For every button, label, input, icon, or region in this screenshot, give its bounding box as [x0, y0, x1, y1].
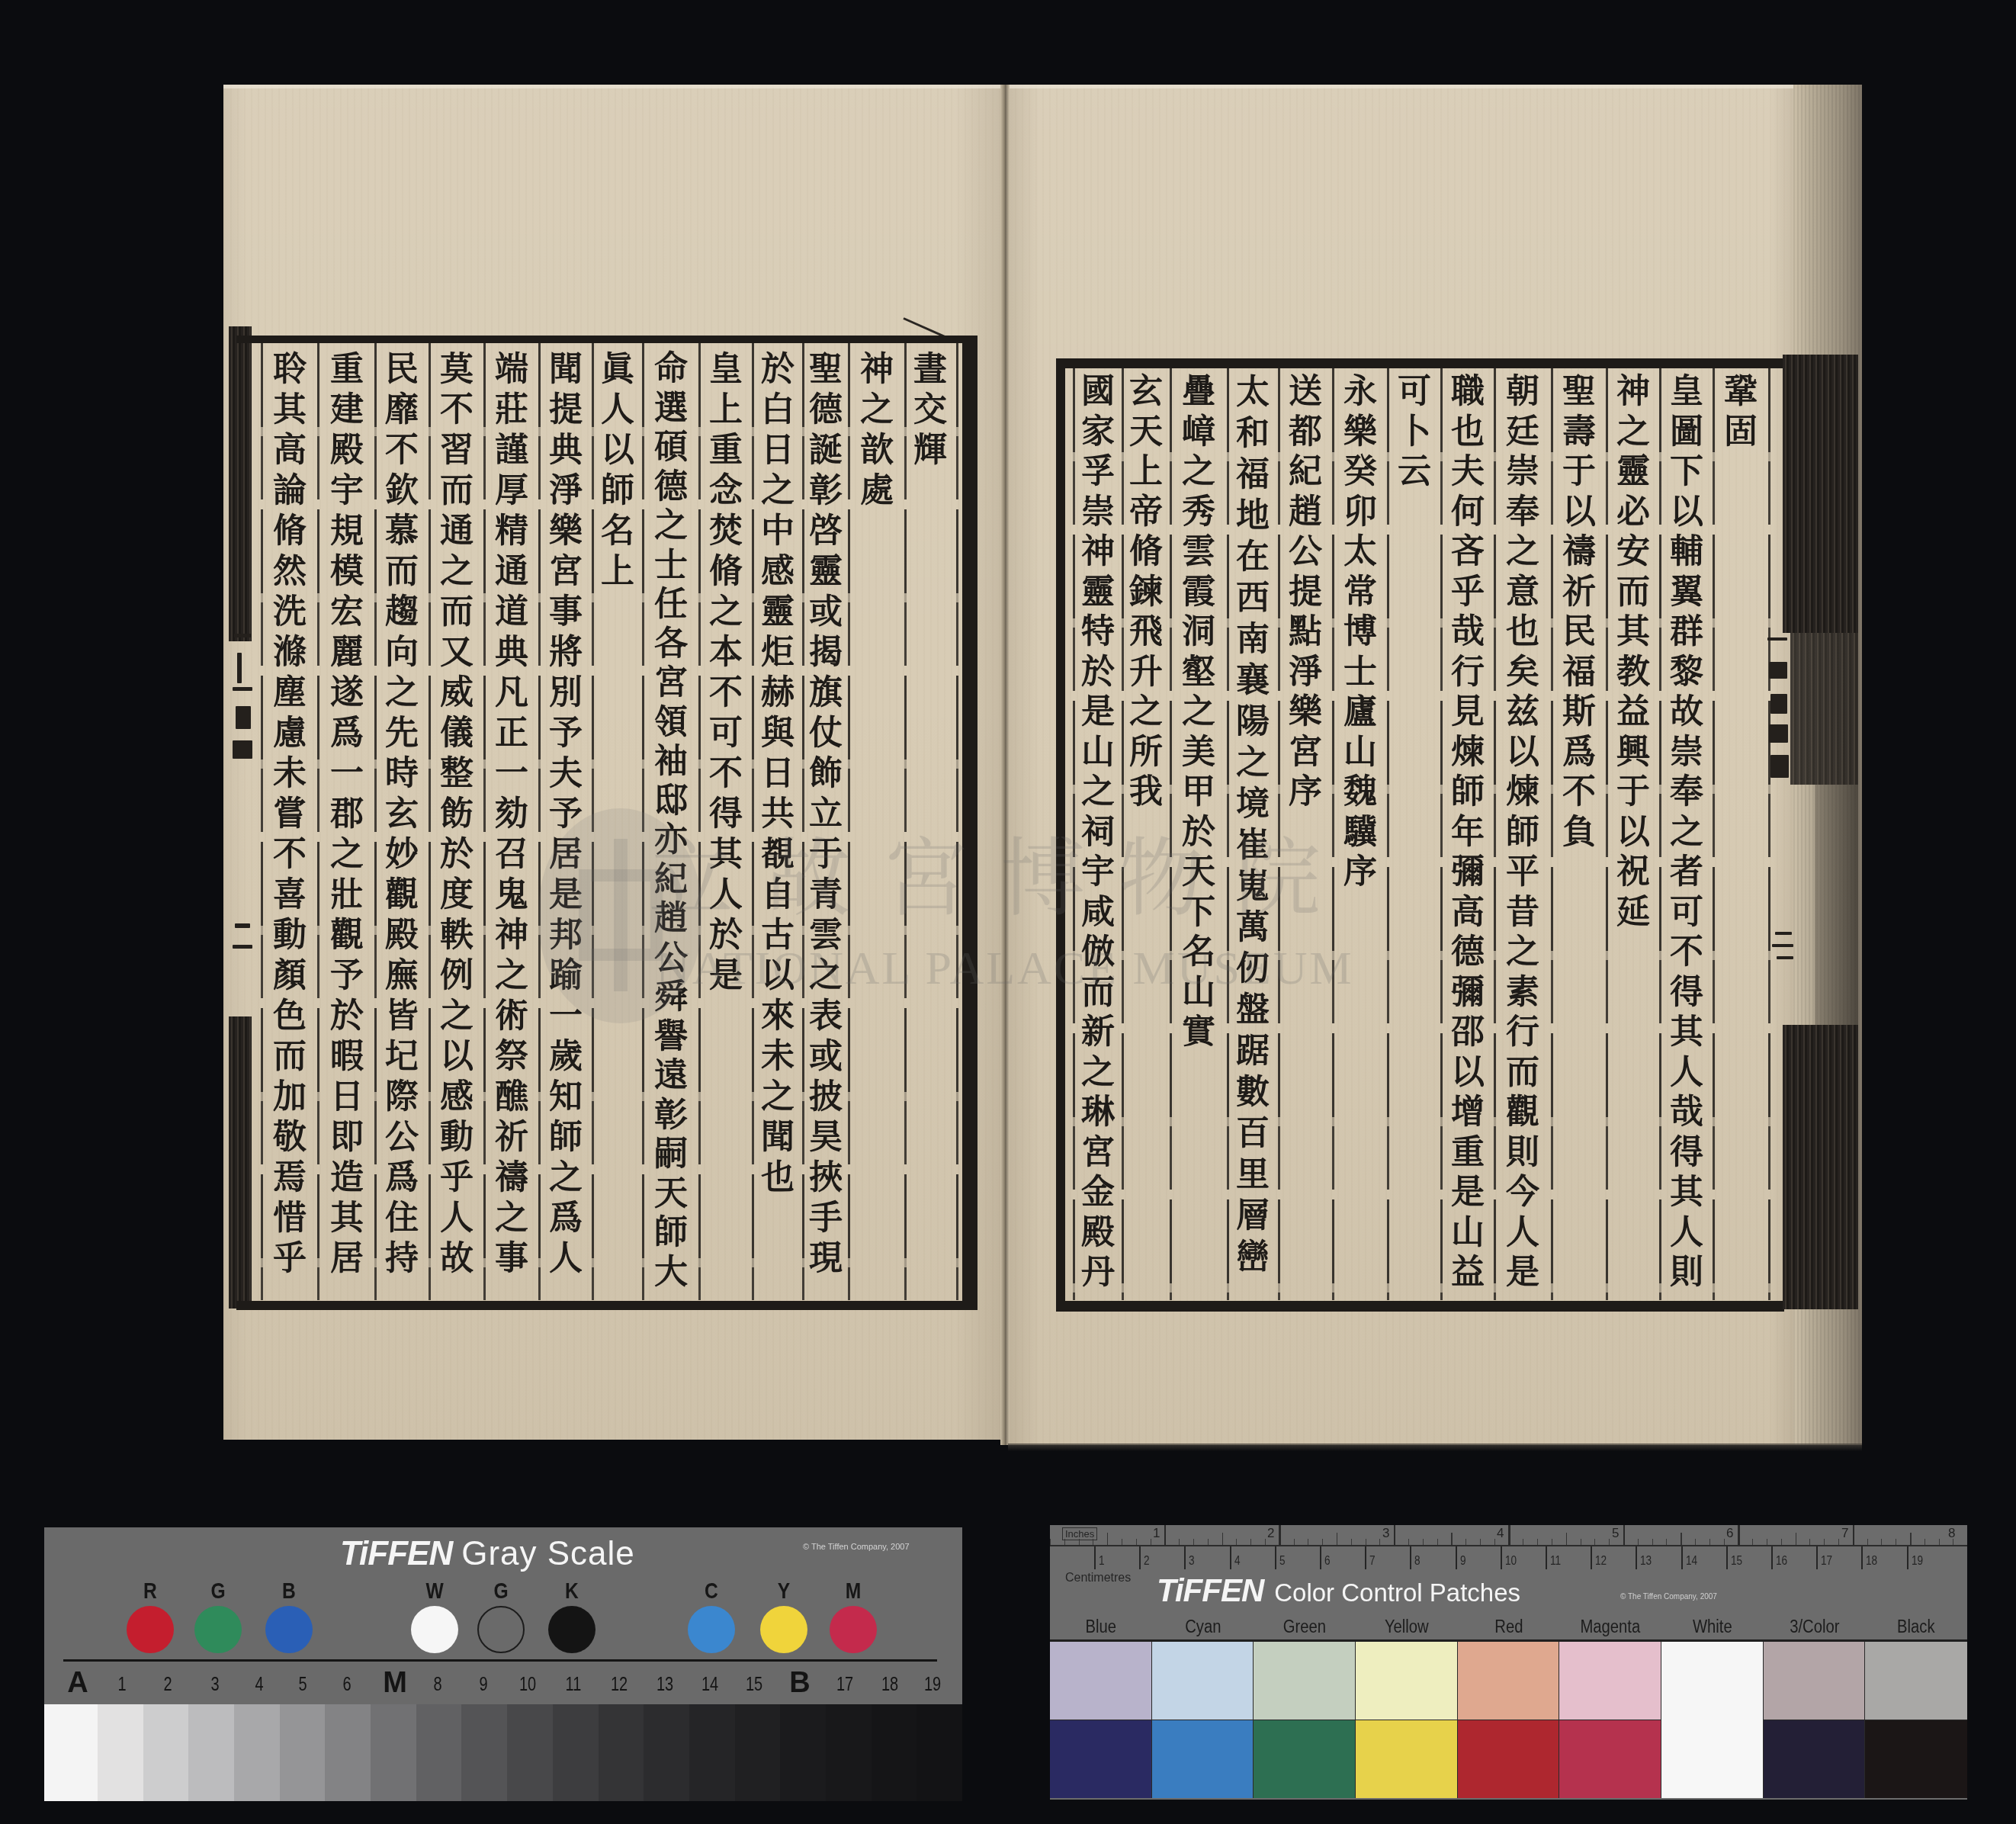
column-rule	[1606, 368, 1608, 1300]
text-column: 送都紀趙公提點淨樂宮序	[1286, 372, 1325, 813]
black-patch	[1865, 1642, 1967, 1798]
frame-inner-rule	[261, 343, 263, 1300]
patch-label: Black	[1871, 1614, 1961, 1639]
text-column: 神之靈必安而其教益興于以祝延	[1613, 372, 1653, 933]
text-column: 眞人以師名上	[598, 349, 637, 592]
text-column: 聖德誕彰啓靈或揭旗仗飾立于青雲之表或披昊挾手現	[806, 349, 846, 1279]
green-swatch-dot	[194, 1606, 242, 1653]
cm-mark: 2	[1144, 1553, 1150, 1569]
gray-step-strip	[44, 1704, 962, 1801]
text-column: 晝交輝	[910, 349, 950, 470]
white-swatch-dot	[411, 1606, 458, 1653]
text-column: 聞提典淨樂宮事將別予夫予居是邦踰一歲知師之爲人	[546, 349, 586, 1279]
cm-mark: 11	[1550, 1553, 1561, 1569]
blue-swatch-dot	[265, 1606, 313, 1653]
centimetres-label: Centimetres	[1065, 1572, 1131, 1585]
card-title: Gray Scale	[461, 1535, 635, 1572]
patch-light	[1356, 1642, 1457, 1720]
step-label: 2	[152, 1671, 183, 1698]
inch-mark: 4	[1497, 1527, 1504, 1540]
right-page: 鞏固 皇圖下以輔翼群黎故崇奉之者可不得其人哉得其人則 神之靈必安而其教益興于以祝…	[1008, 85, 1793, 1445]
patch-light	[1764, 1642, 1865, 1720]
patch-label: White	[1668, 1614, 1758, 1639]
inches-label: Inches	[1062, 1527, 1097, 1540]
inch-mark: 2	[1267, 1527, 1274, 1540]
inch-mark: 5	[1612, 1527, 1619, 1540]
patch-label: 3/Color	[1770, 1614, 1860, 1639]
patch-label: Blue	[1056, 1614, 1146, 1639]
fold-margin-ink-band	[1783, 1025, 1858, 1309]
patch-light	[1458, 1642, 1559, 1720]
cm-mark: 10	[1505, 1553, 1517, 1569]
text-column: 於白日之中感靈炬赫與日共覩自古以來未之聞也	[758, 349, 798, 1198]
step-label: 11	[558, 1671, 589, 1698]
patch-label: Green	[1260, 1614, 1350, 1639]
column-rule	[374, 343, 377, 1300]
step-label: 13	[650, 1671, 680, 1698]
column-rule	[752, 343, 754, 1300]
gray-step	[644, 1704, 689, 1801]
gray-scale-card: TiFFENGray Scale © The Tiffen Company, 2…	[44, 1527, 962, 1801]
step-label: 5	[287, 1671, 318, 1698]
gray-step	[143, 1704, 189, 1801]
step-label: A	[59, 1668, 97, 1698]
patch-label: Magenta	[1565, 1614, 1655, 1639]
fold-margin-glyph-fragment	[1770, 694, 1787, 714]
magenta-swatch-dot	[830, 1606, 877, 1653]
page-top-edge	[223, 85, 1002, 88]
text-column: 聆其高論脩然洗滌塵慮未嘗不喜動顏色而加敬焉惜乎	[270, 349, 310, 1279]
gray-step	[735, 1704, 781, 1801]
fold-margin-glyph-fragment	[1769, 662, 1787, 679]
step-label: 6	[332, 1671, 362, 1698]
cm-mark: 15	[1731, 1553, 1742, 1569]
column-rule	[317, 343, 319, 1300]
gray-step	[689, 1704, 735, 1801]
swatch-label: K	[553, 1578, 592, 1605]
card-title: Color Control Patches	[1274, 1578, 1520, 1607]
patch-dark	[1356, 1720, 1457, 1798]
cm-mark: 9	[1460, 1553, 1466, 1569]
cm-mark: 18	[1866, 1553, 1877, 1569]
gray-step	[98, 1704, 143, 1801]
patch-light	[1050, 1642, 1151, 1720]
fold-margin-glyph-fragment	[1769, 724, 1788, 743]
gray-step	[416, 1704, 462, 1801]
patch-labels: Blue Cyan Green Yellow Red Magenta White…	[1050, 1614, 1967, 1639]
gray-step	[872, 1704, 917, 1801]
color-patch-grid	[1050, 1639, 1967, 1798]
fold-margin-glyph-fragment	[1772, 944, 1793, 947]
cm-mark: 5	[1279, 1553, 1286, 1569]
patch-light	[1865, 1642, 1967, 1720]
gray-step	[917, 1704, 962, 1801]
cm-mark: 4	[1234, 1553, 1241, 1569]
red-patch	[1458, 1642, 1560, 1798]
fold-margin-ink-band	[1783, 355, 1858, 633]
three-color-patch	[1764, 1642, 1866, 1798]
gray-scale-title: TiFFENGray Scale	[340, 1533, 635, 1582]
magenta-patch	[1559, 1642, 1661, 1798]
page-shadow	[1008, 1443, 1862, 1451]
fold-margin-glyph-fragment	[1770, 755, 1789, 778]
column-rule	[848, 343, 850, 1300]
column-rule	[429, 343, 431, 1300]
red-swatch-dot	[127, 1606, 174, 1653]
inch-mark: 7	[1841, 1527, 1848, 1540]
color-card-title: TiFFENColor Control Patches	[1157, 1572, 1520, 1617]
swatch-label: R	[131, 1578, 170, 1605]
gray-step	[826, 1704, 872, 1801]
step-label: M	[376, 1668, 414, 1698]
gray-step	[553, 1704, 599, 1801]
gray-step	[371, 1704, 416, 1801]
cm-mark: 17	[1821, 1553, 1832, 1569]
column-rule	[1659, 368, 1661, 1300]
column-rule	[483, 343, 486, 1300]
gray-step	[280, 1704, 326, 1801]
step-label: 12	[604, 1671, 634, 1698]
inch-mark: 8	[1948, 1527, 1955, 1540]
gray-step	[44, 1704, 98, 1801]
cm-mark: 13	[1640, 1553, 1652, 1569]
cm-mark: 6	[1324, 1553, 1331, 1569]
cm-mark: 14	[1686, 1553, 1697, 1569]
step-label: 3	[200, 1671, 230, 1698]
step-label: 15	[739, 1671, 769, 1698]
gray-step	[234, 1704, 280, 1801]
page-top-edge	[1008, 85, 1793, 88]
column-rule	[904, 343, 907, 1300]
watermark-english-text: NATIONAL PALACE MUSEUM	[656, 944, 1354, 993]
divider-line	[63, 1659, 937, 1662]
column-rule	[1494, 368, 1496, 1300]
cm-mark: 1	[1099, 1553, 1105, 1569]
gray-step	[325, 1704, 371, 1801]
gray-step	[599, 1704, 644, 1801]
patch-light	[1559, 1642, 1661, 1720]
step-label: 10	[512, 1671, 543, 1698]
fold-margin-glyph-fragment	[1775, 932, 1792, 935]
gray-scale-header: TiFFENGray Scale © The Tiffen Company, 2…	[44, 1527, 962, 1704]
step-label: 9	[468, 1671, 499, 1698]
yellow-swatch-dot	[760, 1606, 807, 1653]
patch-label: Yellow	[1362, 1614, 1452, 1639]
blue-patch	[1050, 1642, 1152, 1798]
patch-dark	[1254, 1720, 1355, 1798]
column-rule	[1713, 368, 1715, 1300]
text-column: 玄天上帝脩鍊飛升之所我	[1126, 372, 1166, 813]
column-rule	[802, 343, 804, 1300]
inch-ruler: Inches 1 2 3 4 5 6 7 8	[1050, 1525, 1967, 1546]
step-label: 8	[422, 1671, 453, 1698]
inch-mark: 6	[1726, 1527, 1733, 1540]
fold-margin-ink-band	[1790, 633, 1858, 785]
cm-mark: 19	[1912, 1553, 1923, 1569]
left-page: 晝交輝 神之歆處 聖德誕彰啓靈或揭旗仗飾立于青雲之表或披昊挾手現 於白日之中感靈…	[223, 85, 1002, 1440]
step-label: 17	[830, 1671, 860, 1698]
tiffen-logo: TiFFEN	[340, 1535, 452, 1572]
swatch-label: Y	[765, 1578, 804, 1605]
text-column: 職也夫何吝乎哉行見煉師年彌高德彌邵以增重是山益	[1448, 372, 1488, 1293]
column-rule	[538, 343, 541, 1300]
text-column: 端莊謹厚精通道典凡正一劾召鬼神之術祭醮祈禱之事	[492, 349, 531, 1279]
step-label: 18	[875, 1671, 905, 1698]
patch-dark	[1050, 1720, 1151, 1798]
patch-label: Red	[1464, 1614, 1554, 1639]
fold-margin-shade	[1815, 785, 1858, 1025]
frame-inner-rule	[1768, 368, 1770, 1300]
text-column: 皇圖下以輔翼群黎故崇奉之者可不得其人哉得其人則	[1667, 372, 1706, 1293]
text-column: 莫不習而通之而又威儀整飭於度軼例之以感動乎人故	[437, 349, 477, 1279]
fold-margin-glyph-fragment	[1767, 637, 1787, 641]
column-rule	[1551, 368, 1553, 1300]
patch-light	[1661, 1642, 1763, 1720]
step-label: 4	[244, 1671, 274, 1698]
text-column: 朝廷崇奉之意也矣兹以煉師平昔之素行而觀則今人是	[1503, 372, 1542, 1293]
patch-label: Cyan	[1158, 1614, 1248, 1639]
swatch-label: B	[270, 1578, 309, 1605]
emblem-shape	[614, 839, 628, 991]
text-column: 可卜云	[1395, 372, 1434, 493]
inch-mark: 1	[1153, 1527, 1160, 1540]
gray-step	[507, 1704, 553, 1801]
patch-dark	[1865, 1720, 1967, 1798]
step-label: 14	[695, 1671, 725, 1698]
cm-mark: 3	[1189, 1553, 1195, 1569]
patch-dark	[1661, 1720, 1763, 1799]
copyright-text: © The Tiffen Company, 2007	[1620, 1593, 1717, 1601]
patch-light	[1152, 1642, 1254, 1720]
black-swatch-dot	[548, 1606, 595, 1653]
yellow-patch	[1356, 1642, 1458, 1798]
patch-light	[1254, 1642, 1355, 1720]
patch-dark	[1559, 1720, 1661, 1798]
gray-step	[780, 1704, 826, 1801]
book-gutter	[1000, 85, 1010, 1445]
column-rule	[1387, 368, 1389, 1300]
swatch-label: W	[416, 1578, 454, 1605]
text-column: 民靡不欽慕而趨向之先時玄妙觀殿廡皆圮際公爲住持	[382, 349, 422, 1279]
step-label: 19	[917, 1671, 948, 1698]
gray-step	[461, 1704, 507, 1801]
column-rule	[698, 343, 701, 1300]
cyan-swatch-dot	[688, 1606, 735, 1653]
cyan-patch	[1152, 1642, 1254, 1798]
step-label: B	[781, 1668, 819, 1698]
inch-mark: 3	[1382, 1527, 1389, 1540]
tiffen-logo: TiFFEN	[1157, 1572, 1263, 1608]
patch-dark	[1764, 1720, 1865, 1798]
color-control-card: Inches 1 2 3 4 5 6 7 8 1 2 3 4 5 6 7 8 9…	[1050, 1525, 1967, 1800]
gray-step	[188, 1704, 234, 1801]
text-column: 聖壽于以禱祈民福斯爲不負	[1559, 372, 1599, 853]
swatch-label: G	[482, 1578, 521, 1605]
fold-margin-glyph-fragment	[1777, 956, 1793, 959]
watermark-chinese-text: 立故宮博物院	[648, 830, 1353, 929]
swatch-label: M	[834, 1578, 873, 1605]
copyright-text: © The Tiffen Company, 2007	[803, 1543, 910, 1552]
text-column: 永樂癸卯太常博士廬山魏驥序	[1340, 372, 1380, 893]
text-column: 神之歆處	[857, 349, 897, 511]
text-column: 鞏固	[1721, 372, 1761, 452]
white-patch	[1661, 1642, 1764, 1798]
text-column: 重建殿宇規模宏麗遂爲一郡之壯觀予於暇日即造其居	[327, 349, 367, 1279]
column-rule	[1440, 368, 1443, 1300]
patch-dark	[1152, 1720, 1254, 1798]
gray-swatch-dot	[477, 1606, 525, 1653]
cm-mark: 8	[1414, 1553, 1421, 1569]
cm-mark: 16	[1776, 1553, 1787, 1569]
swatch-label: G	[199, 1578, 238, 1605]
patch-dark	[1458, 1720, 1559, 1798]
text-column: 太和福地在西南襄陽之境崔嵬萬仞盤踞數百里層巒	[1233, 372, 1273, 1278]
scan-scene: 晝交輝 神之歆處 聖德誕彰啓靈或揭旗仗飾立于青雲之表或披昊挾手現 於白日之中感靈…	[0, 0, 2016, 1824]
cm-mark: 7	[1369, 1553, 1376, 1569]
cm-mark: 12	[1595, 1553, 1607, 1569]
green-patch	[1254, 1642, 1356, 1798]
step-label: 1	[107, 1671, 137, 1698]
frame-inner-rule	[956, 343, 958, 1300]
swatch-label: C	[692, 1578, 731, 1605]
